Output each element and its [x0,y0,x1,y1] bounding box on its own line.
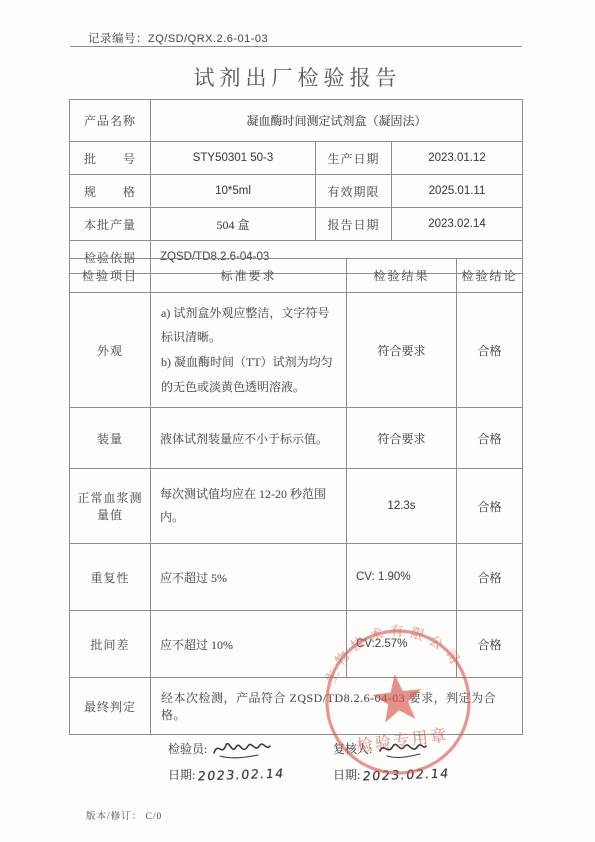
final-judgement-text: 经本次检测，产品符合 ZQSD/TD8.2.6-04-03 要求，判定为合格。 [151,678,523,735]
item-cell: 装量 [70,408,151,469]
inspection-row-appearance: 外观 a) 试剂盒外观应整洁，文字符号标识清晰。 b) 凝血酶时间（TT）试剂为… [70,293,523,408]
reviewer-date-label: 日期: [333,768,360,782]
inspector-signature [210,737,272,761]
page-title: 试剂出厂检验报告 [0,62,595,92]
header-item: 检验项目 [70,259,151,293]
quantity-value: 504 盒 [151,208,316,241]
product-name-value: 凝血酶时间测定试剂盒（凝固法） [151,100,523,142]
result-cell: CV: 1.90% [347,544,457,611]
table-row: 规 格 10*5ml 有效期限 2025.01.11 [70,175,523,208]
batch-value: STY50301 50-3 [151,142,316,175]
record-number-label: 记录编号： [88,33,148,45]
table-row: 批 号 STY50301 50-3 生产日期 2023.01.12 [70,142,523,175]
inspector-signoff: 检验员: 日期: 2023.02.14 [168,736,285,788]
inspection-row-volume: 装量 液体试剂装量应不小于标示值。 符合要求 合格 [70,408,523,469]
report-date-label: 报告日期 [316,208,392,241]
reviewer-signoff: 复核人: 日期: 2023.02.14 [333,736,450,788]
result-cell: 12.3s [347,469,457,544]
table-row: 本批产量 504 盒 报告日期 2023.02.14 [70,208,523,241]
requirement-cell: a) 试剂盒外观应整洁，文字符号标识清晰。 b) 凝血酶时间（TT）试剂为均匀的… [151,293,347,408]
requirement-cell: 应不超过 10% [151,611,347,678]
record-number-value: ZQ/SD/QRX.2.6-01-03 [148,33,268,45]
inspection-row-plasma: 正常血浆测量值 每次测试值均应在 12-20 秒范围内。 12.3s 合格 [70,469,523,544]
item-cell: 外观 [70,293,151,408]
header-divider [70,46,522,47]
production-date-label: 生产日期 [316,142,392,175]
expiry-value: 2025.01.11 [392,175,523,208]
item-cell: 正常血浆测量值 [70,469,151,544]
item-cell: 重复性 [70,544,151,611]
reviewer-label: 复核人: [333,742,372,756]
result-cell: 符合要求 [347,408,457,469]
requirement-cell: 液体试剂装量应不小于标示值。 [151,408,347,469]
header-result: 检验结果 [347,259,457,293]
final-judgement-label: 最终判定 [70,678,151,735]
result-cell: CV:2.57% [347,611,457,678]
product-info-table: 产品名称 凝血酶时间测定试剂盒（凝固法） 批 号 STY50301 50-3 生… [69,99,523,274]
conclusion-cell: 合格 [457,408,523,469]
report-date-value: 2023.02.14 [392,208,523,241]
header-conclusion: 检验结论 [457,259,523,293]
inspection-header-row: 检验项目 标准要求 检验结果 检验结论 [70,259,523,293]
requirement-cell: 应不超过 5% [151,544,347,611]
final-judgement-row: 最终判定 经本次检测，产品符合 ZQSD/TD8.2.6-04-03 要求，判定… [70,678,523,735]
quantity-label: 本批产量 [70,208,151,241]
report-page: 记录编号：ZQ/SD/QRX.2.6-01-03 试剂出厂检验报告 产品名称 凝… [0,0,595,842]
inspector-date-value: 2023.02.14 [197,760,287,789]
batch-label: 批 号 [70,142,151,175]
header-requirement: 标准要求 [151,259,347,293]
conclusion-cell: 合格 [457,293,523,408]
inspection-table: 检验项目 标准要求 检验结果 检验结论 外观 a) 试剂盒外观应整洁，文字符号标… [69,258,523,735]
conclusion-cell: 合格 [457,611,523,678]
result-cell: 符合要求 [347,293,457,408]
product-name-label: 产品名称 [70,100,151,142]
record-number-line: 记录编号：ZQ/SD/QRX.2.6-01-03 [88,30,268,46]
item-cell: 批间差 [70,611,151,678]
inspector-date-label: 日期: [168,768,195,782]
version-note: 版本/修订： C/0 [86,808,162,822]
expiry-label: 有效期限 [316,175,392,208]
inspection-row-batch-difference: 批间差 应不超过 10% CV:2.57% 合格 [70,611,523,678]
inspector-label: 检验员: [168,742,207,756]
table-row: 产品名称 凝血酶时间测定试剂盒（凝固法） [70,100,523,142]
conclusion-cell: 合格 [457,469,523,544]
inspection-row-repeatability: 重复性 应不超过 5% CV: 1.90% 合格 [70,544,523,611]
spec-value: 10*5ml [151,175,316,208]
spec-label: 规 格 [70,175,151,208]
reviewer-signature [375,737,429,761]
production-date-value: 2023.01.12 [392,142,523,175]
requirement-cell: 每次测试值均应在 12-20 秒范围内。 [151,469,347,544]
conclusion-cell: 合格 [457,544,523,611]
reviewer-date-value: 2023.02.14 [362,760,452,789]
